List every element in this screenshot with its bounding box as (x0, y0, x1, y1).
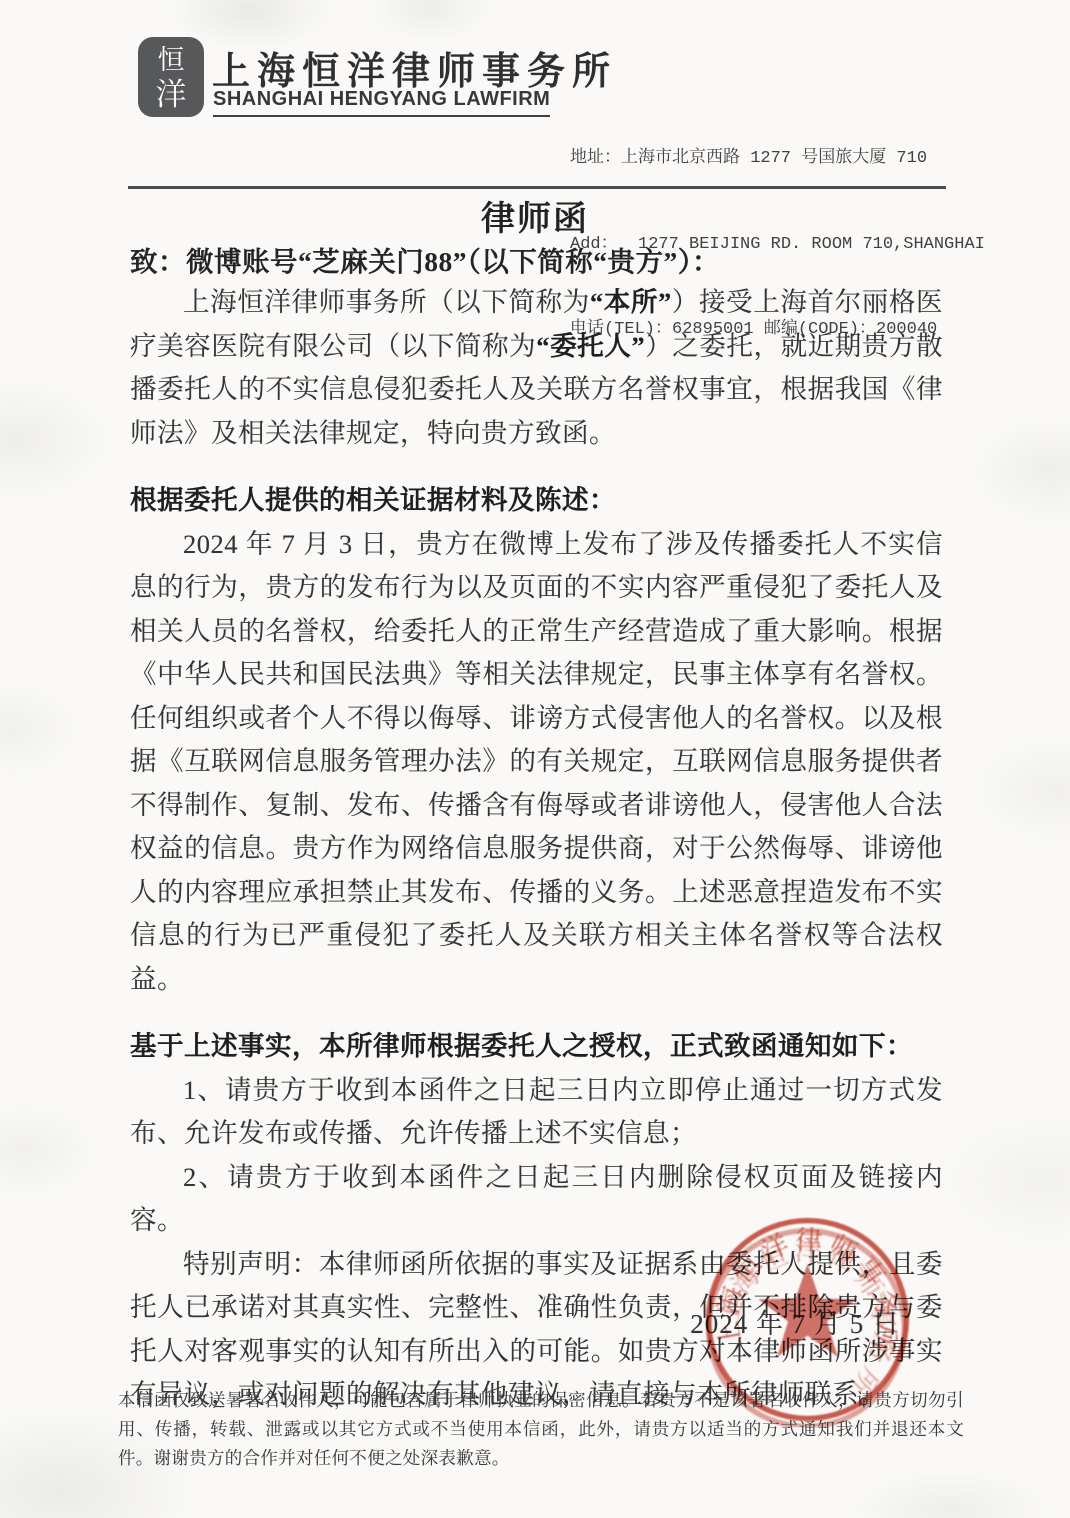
firm-name-en: SHANGHAI HENGYANG LAWFIRM (213, 88, 550, 117)
scanned-lawyer-letter: { "header": { "logo": { "char_top": "恒",… (0, 0, 1070, 1518)
logo-char-top: 恒 (158, 45, 185, 75)
stamp-star (758, 1264, 856, 1357)
letter-title: 律师函 (0, 191, 1070, 240)
body-paragraph: 1、请贵方于收到本函件之日起三日内立即停止通过一切方式发布、允许发布或传播、允许… (130, 1069, 943, 1156)
body-paragraph: 2024 年 7 月 3 日，贵方在微博上发布了涉及传播委托人不实信息的行为，贵… (130, 523, 943, 1002)
section-heading: 基于上述事实，本所律师根据委托人之授权，正式致函通知如下： (130, 1025, 943, 1069)
header-divider-rule (128, 186, 946, 189)
firm-logo: 恒 洋 (135, 34, 207, 125)
body-paragraph: 上海恒洋律师事务所（以下简称为“本所”）接受上海首尔丽格医疗美容医院有限公司（以… (130, 281, 943, 455)
firm-name-cn: 上海恒洋律师事务所 (212, 40, 617, 95)
recipient-line: 致：微博账号“芝麻关门88”（以下简称“贵方”）： (130, 239, 720, 279)
firm-logo-icon: 恒 洋 (135, 34, 207, 120)
footer-disclaimer: 本信函仅致送暑署名收件人，可能包含属于律师执业的保密信息。若贵方不是该署名收件人… (118, 1386, 964, 1472)
section-heading: 根据委托人提供的相关证据材料及陈述： (130, 479, 943, 523)
address-line-cn: 地址：上海市北京西路 1277 号国旅大厦 710 (570, 145, 985, 174)
logo-char-bottom: 洋 (156, 77, 187, 112)
